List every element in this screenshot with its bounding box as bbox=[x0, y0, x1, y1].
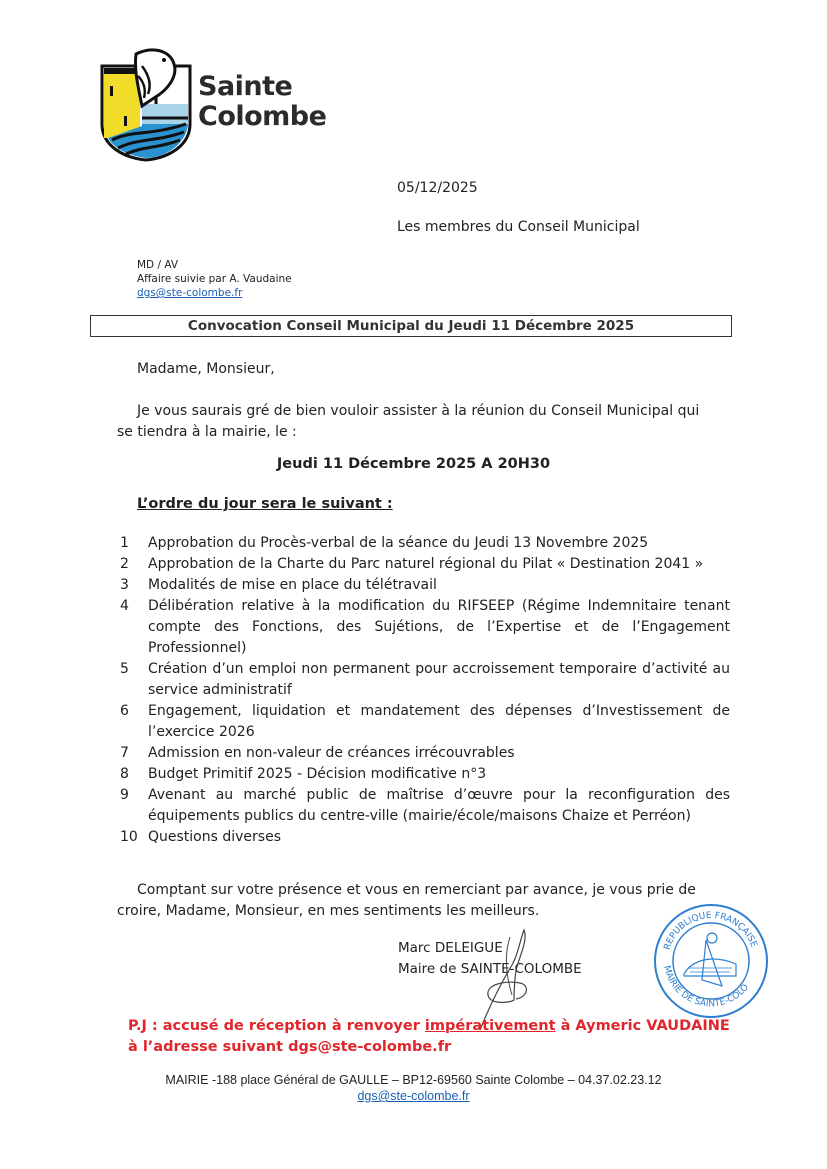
agenda-item: 2Approbation de la Charte du Parc nature… bbox=[120, 554, 730, 575]
agenda-number: 3 bbox=[120, 575, 148, 596]
subject-box: Convocation Conseil Municipal du Jeudi 1… bbox=[90, 315, 732, 337]
agenda-number: 7 bbox=[120, 743, 148, 764]
agenda-number: 4 bbox=[120, 596, 148, 659]
agenda-text: Approbation du Procès-verbal de la séanc… bbox=[148, 533, 730, 554]
agenda-item: 1Approbation du Procès-verbal de la séan… bbox=[120, 533, 730, 554]
reference-followed-by: Affaire suivie par A. Vaudaine bbox=[137, 272, 292, 286]
agenda-item: 10Questions diverses bbox=[120, 827, 730, 848]
brand-name: Sainte Colombe bbox=[198, 72, 326, 132]
salutation: Madame, Monsieur, bbox=[137, 361, 275, 377]
sainte-colombe-logo-icon bbox=[98, 46, 194, 162]
agenda-number: 9 bbox=[120, 785, 148, 827]
closing-line-1: Comptant sur votre présence et vous en r… bbox=[137, 880, 729, 901]
agenda-item: 5Création d’un emploi non permanent pour… bbox=[120, 659, 730, 701]
agenda-item: 7Admission en non-valeur de créances irr… bbox=[120, 743, 730, 764]
agenda-text: Approbation de la Charte du Parc naturel… bbox=[148, 554, 730, 575]
agenda-number: 1 bbox=[120, 533, 148, 554]
agenda-list: 1Approbation du Procès-verbal de la séan… bbox=[120, 533, 730, 848]
agenda-text: Engagement, liquidation et mandatement d… bbox=[148, 701, 730, 743]
attachment-line-2: à l’adresse suivant dgs@ste-colombe.fr bbox=[128, 1037, 730, 1058]
attachment-notice: P.J : accusé de réception à renvoyer imp… bbox=[128, 1016, 730, 1058]
attachment-emphasis: impérativement bbox=[425, 1018, 556, 1034]
intro-line-1: Je vous saurais gré de bien vouloir assi… bbox=[137, 401, 729, 422]
agenda-item: 3Modalités de mise en place du télétrava… bbox=[120, 575, 730, 596]
agenda-number: 10 bbox=[120, 827, 148, 848]
footer-address: MAIRIE -188 place Général de GAULLE – BP… bbox=[0, 1072, 827, 1088]
agenda-number: 6 bbox=[120, 701, 148, 743]
closing-paragraph: Comptant sur votre présence et vous en r… bbox=[137, 880, 729, 922]
agenda-item: 4Délibération relative à la modification… bbox=[120, 596, 730, 659]
attachment-suffix: à Aymeric VAUDAINE bbox=[556, 1018, 730, 1034]
agenda-item: 8Budget Primitif 2025 - Décision modific… bbox=[120, 764, 730, 785]
reference-initials: MD / AV bbox=[137, 258, 292, 272]
meeting-datetime: Jeudi 11 Décembre 2025 A 20H30 bbox=[0, 456, 827, 472]
recipient: Les membres du Conseil Municipal bbox=[397, 219, 640, 235]
footer-email-link[interactable]: dgs@ste-colombe.fr bbox=[357, 1089, 469, 1103]
agenda-item: 6Engagement, liquidation et mandatement … bbox=[120, 701, 730, 743]
footer: MAIRIE -188 place Général de GAULLE – BP… bbox=[0, 1072, 827, 1104]
closing-line-2: croire, Madame, Monsieur, en mes sentime… bbox=[117, 901, 729, 922]
intro-paragraph: Je vous saurais gré de bien vouloir assi… bbox=[137, 401, 729, 443]
reference-block: MD / AV Affaire suivie par A. Vaudaine d… bbox=[137, 258, 292, 300]
reference-email-link[interactable]: dgs@ste-colombe.fr bbox=[137, 287, 242, 299]
agenda-text: Délibération relative à la modification … bbox=[148, 596, 730, 659]
brand-line-2: Colombe bbox=[198, 102, 326, 132]
agenda-text: Création d’un emploi non permanent pour … bbox=[148, 659, 730, 701]
agenda-text: Avenant au marché public de maîtrise d’œ… bbox=[148, 785, 730, 827]
agenda-number: 8 bbox=[120, 764, 148, 785]
attachment-line-1: P.J : accusé de réception à renvoyer imp… bbox=[128, 1016, 730, 1037]
letter-date: 05/12/2025 bbox=[397, 180, 478, 196]
agenda-item: 9Avenant au marché public de maîtrise d’… bbox=[120, 785, 730, 827]
agenda-text: Modalités de mise en place du télétravai… bbox=[148, 575, 730, 596]
agenda-title: L’ordre du jour sera le suivant : bbox=[137, 496, 393, 512]
brand-line-1: Sainte bbox=[198, 72, 326, 102]
attachment-prefix: P.J : accusé de réception à renvoyer bbox=[128, 1018, 425, 1034]
agenda-number: 5 bbox=[120, 659, 148, 701]
agenda-text: Admission en non-valeur de créances irré… bbox=[148, 743, 730, 764]
official-stamp-icon: REPUBLIQUE FRANÇAISE MAIRIE DE SAINTE-CO… bbox=[652, 902, 770, 1020]
agenda-text: Budget Primitif 2025 - Décision modifica… bbox=[148, 764, 730, 785]
agenda-text: Questions diverses bbox=[148, 827, 730, 848]
agenda-number: 2 bbox=[120, 554, 148, 575]
intro-line-2: se tiendra à la mairie, le : bbox=[117, 422, 729, 443]
